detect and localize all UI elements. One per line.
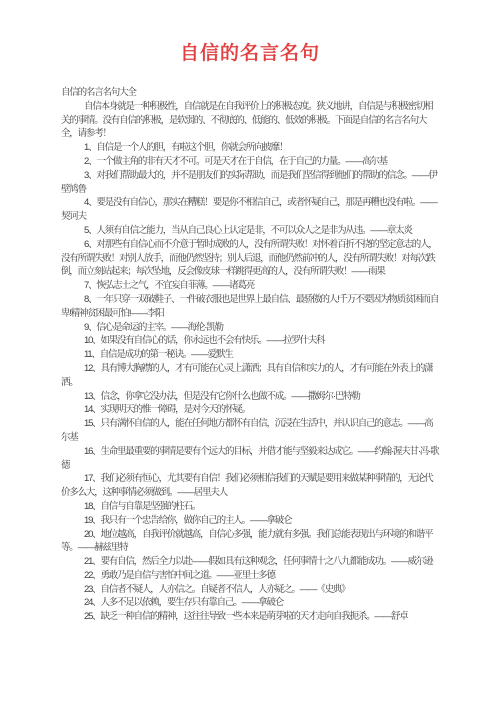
quote-item: 13、信念，你拿它没办法，但是没有它你什么也做不成。——撒姆尔·巴特勒 [61,390,439,404]
quote-item: 2、一个做主角的非有天才不可。可是天才在于自信，在于自己的力量。——高尔基 [61,155,439,169]
quote-item: 11、自信是成功的第一秘诀。——爱默生 [61,348,439,362]
quote-item: 5、人须有自信之能力，当从自己良心上认定是非，不可以众人之是非为从违。——章太炎 [61,224,439,238]
quote-item: 15、只有满怀自信的人，能在任何地方都怀有自信，沉浸在生活中，并认识自己的意志。… [61,417,439,445]
quote-item: 22、勇敢乃是自信与害怕中间之道。——亚里士多德 [61,569,439,583]
quote-item: 6、对那些有自信心而不介意于暂时成败的人，没有所谓失败！对怀着百折不挠的坚定意志… [61,238,439,279]
quote-item: 17、我们必须有恒心，尤其要有自信！我们必须相信我们的天赋是要用来做某种事情的，… [61,472,439,500]
quote-item: 19、我只有一个忠告给你，做你自己的主人。——拿破仑 [61,514,439,528]
quote-item: 20、地位越高，自我评价就越高，自信心多强，能力就有多强。我们总能表现出与环境的… [61,528,439,556]
quote-item: 25、缺乏一种自信的精神，这往往导致一些本来是萌芽啦的天才走向自我扼杀。——舒卓 [61,610,439,624]
quote-item: 18、自信与自靠是坚强的柱石。 [61,500,439,514]
quote-item: 12、具有博大胸襟的人，才有可能在心灵上潇洒；具有自信和实力的人，才有可能在外表… [61,362,439,390]
quote-item: 1、自信是一个人的胆，有啦这个胆，你就会所向披靡！ [61,141,439,155]
subtitle: 自信的名言名句大全 [61,86,439,100]
quote-item: 23、自信者不疑人，人亦信之。自疑者不信人，人亦疑之。——《史典》 [61,583,439,597]
document-content: 自信的名言名句大全 自信本身就是一种积极性，自信就是在自我评价上的积极态度。狭义… [61,86,439,624]
intro-paragraph: 自信本身就是一种积极性，自信就是在自我评价上的积极态度。狭义地讲，自信是与积极密… [61,100,439,141]
page-title: 自信的名言名句 [0,0,500,65]
quote-item: 10、如果没有自信心的话，你永远也不会有快乐。——拉罗什夫科 [61,334,439,348]
quote-item: 4、要是没有自信心，那实在糟糕！要是你不相信自己，或者怀疑自己，那是再糟也没有啦… [61,196,439,224]
quote-item: 14、实现明天的惟一障碍，是对今天的怀疑。 [61,403,439,417]
quote-list: 1、自信是一个人的胆，有啦这个胆，你就会所向披靡！2、一个做主角的非有天才不可。… [61,141,439,624]
quote-item: 21、要有自信，然后全力以赴——假如具有这种观念，任何事情十之八九都能成功。——… [61,555,439,569]
quote-item: 8、一年只穿一双破鞋子、一件破衣服也是世界上最自信、最骄傲的人!千万不要因为物质… [61,293,439,321]
quote-item: 16、生命里最重要的事情是要有个远大的目标，并借才能与坚毅来达成它。——约翰·渥… [61,445,439,473]
quote-item: 24、人多不足以依赖，要生存只有靠自己。——拿破仑 [61,596,439,610]
document-page: 自信的名言名句 自信的名言名句大全 自信本身就是一种积极性，自信就是在自我评价上… [0,0,500,707]
quote-item: 3、对我们帮助最大的，并不是朋友们的实际帮助，而是我们坚信得到他们的帮助的信念。… [61,169,439,197]
quote-item: 7、恢弘志士之气，不宜妄自菲薄。——诸葛亮 [61,279,439,293]
quote-item: 9、信心是命运的主宰。——海伦·凯勒 [61,321,439,335]
